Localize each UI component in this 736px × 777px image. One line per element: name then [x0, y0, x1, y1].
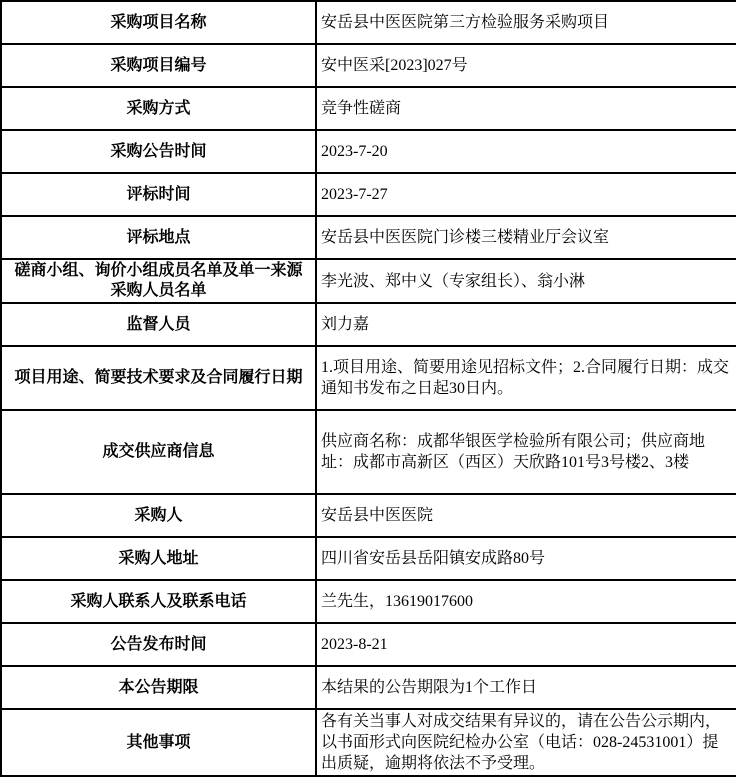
- table-row-purchaser-contact: 采购人联系人及联系电话 兰先生，13619017600: [1, 580, 736, 623]
- table-row-publish-time: 公告发布时间 2023-8-21: [1, 623, 736, 666]
- table-row-project-name: 采购项目名称 安岳县中医医院第三方检验服务采购项目: [1, 1, 736, 44]
- table-row-evaluation-place: 评标地点 安岳县中医医院门诊楼三楼精业厅会议室: [1, 216, 736, 259]
- row-label: 采购项目名称: [1, 1, 316, 44]
- row-value: 2023-8-21: [316, 623, 736, 666]
- table-row-procurement-method: 采购方式 竞争性磋商: [1, 87, 736, 130]
- row-label: 其他事项: [1, 709, 316, 776]
- table-row-project-usage: 项目用途、简要技术要求及合同履行日期 1.项目用途、简要用途见招标文件；2.合同…: [1, 346, 736, 410]
- row-value: 李光波、郑中义（专家组长）、翁小淋: [316, 259, 736, 303]
- table-row-purchaser: 采购人 安岳县中医医院: [1, 494, 736, 537]
- procurement-result-table: 采购项目名称 安岳县中医医院第三方检验服务采购项目 采购项目编号 安中医采[20…: [0, 0, 736, 777]
- row-value: 2023-7-20: [316, 130, 736, 173]
- row-value: 刘力嘉: [316, 303, 736, 346]
- row-label: 采购人: [1, 494, 316, 537]
- table-row-winning-supplier: 成交供应商信息 供应商名称：成都华银医学检验所有限公司；供应商地址：成都市高新区…: [1, 410, 736, 494]
- row-value: 安岳县中医医院第三方检验服务采购项目: [316, 1, 736, 44]
- row-label: 公告发布时间: [1, 623, 316, 666]
- row-label: 采购方式: [1, 87, 316, 130]
- row-value: 1.项目用途、简要用途见招标文件；2.合同履行日期：成交通知书发布之日起30日内…: [316, 346, 736, 410]
- table-row-negotiation-group: 磋商小组、询价小组成员名单及单一来源采购人员名单 李光波、郑中义（专家组长）、翁…: [1, 259, 736, 303]
- row-label: 评标地点: [1, 216, 316, 259]
- row-value: 安中医采[2023]027号: [316, 44, 736, 87]
- table-row-purchaser-address: 采购人地址 四川省安岳县岳阳镇安成路80号: [1, 537, 736, 580]
- table-row-announcement-time: 采购公告时间 2023-7-20: [1, 130, 736, 173]
- row-label: 采购人地址: [1, 537, 316, 580]
- row-label: 监督人员: [1, 303, 316, 346]
- table-row-project-number: 采购项目编号 安中医采[2023]027号: [1, 44, 736, 87]
- row-label: 成交供应商信息: [1, 410, 316, 494]
- table-row-evaluation-time: 评标时间 2023-7-27: [1, 173, 736, 216]
- row-value: 兰先生，13619017600: [316, 580, 736, 623]
- row-value: 四川省安岳县岳阳镇安成路80号: [316, 537, 736, 580]
- row-value: 供应商名称：成都华银医学检验所有限公司；供应商地址：成都市高新区（西区）天欣路1…: [316, 410, 736, 494]
- row-value: 2023-7-27: [316, 173, 736, 216]
- row-value: 本结果的公告期限为1个工作日: [316, 666, 736, 709]
- row-label: 磋商小组、询价小组成员名单及单一来源采购人员名单: [1, 259, 316, 303]
- row-label: 评标时间: [1, 173, 316, 216]
- row-value: 安岳县中医医院门诊楼三楼精业厅会议室: [316, 216, 736, 259]
- table-row-announcement-period: 本公告期限 本结果的公告期限为1个工作日: [1, 666, 736, 709]
- row-value: 安岳县中医医院: [316, 494, 736, 537]
- row-label: 采购项目编号: [1, 44, 316, 87]
- row-label: 项目用途、简要技术要求及合同履行日期: [1, 346, 316, 410]
- row-label: 采购人联系人及联系电话: [1, 580, 316, 623]
- row-value: 各有关当事人对成交结果有异议的，请在公告公示期内，以书面形式向医院纪检办公室（电…: [316, 709, 736, 776]
- table-row-supervisor: 监督人员 刘力嘉: [1, 303, 736, 346]
- row-label: 本公告期限: [1, 666, 316, 709]
- row-label: 采购公告时间: [1, 130, 316, 173]
- row-value: 竞争性磋商: [316, 87, 736, 130]
